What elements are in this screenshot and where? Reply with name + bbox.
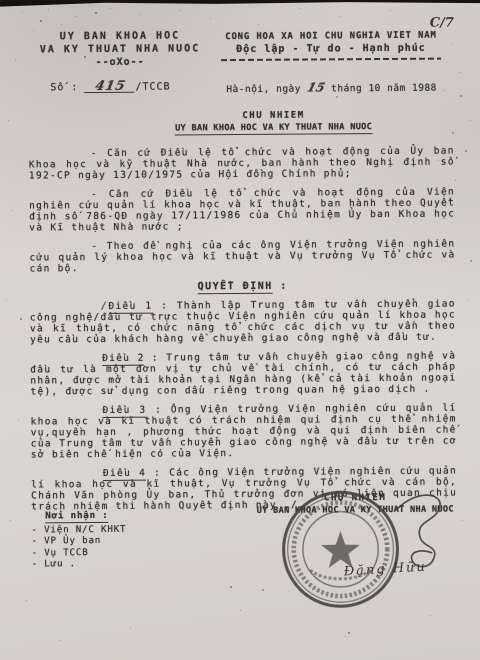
article-paragraph-2: Điều 2 : Trung tâm tư vấn chuyển giao cô… [30,350,456,397]
place-date-line: Hà-nội, ngày 15 tháng 10 năm 1988 [226,83,437,95]
star-icon [321,531,360,568]
article-paragraph-3: Điều 3 : Ông Viện trưởng Viện nghiên cứu… [31,402,457,460]
issuing-org-block: UY BAN KHOA HOC VA KY THUAT NHA NUOC --o… [24,29,216,69]
recipients-heading: Nơi nhận : [45,510,126,522]
motto-dashed-divider [221,58,441,62]
corner-handwritten-mark: C/7 [430,15,454,30]
document-title: CHU NHIEM UY BAN KHOA HOC VA KY THUAT NH… [108,110,438,136]
preamble-paragraph: - Theo đề nghị của các ông Viện trưởng V… [29,238,455,274]
org-name-line2: VA KY THUAT NHA NUOC [24,42,216,56]
date-handwritten-day: 15 [306,83,326,92]
doc-number-handwritten-value: 415 [84,81,136,93]
preamble-paragraph: - Căn cứ Điều lệ tổ chức và hoạt động củ… [29,145,455,181]
date-suffix: tháng 10 năm 1988 [331,83,437,95]
document-number-line: Số : 415/TCCB [50,80,170,93]
doc-number-suffix: /TCCB [135,81,170,92]
org-divider-ornament: --oXo-- [24,55,216,69]
preamble-paragraph: - Căn cứ Điều lệ tổ chức và hoạt động củ… [29,186,455,233]
scanned-document-page: UY BAN KHOA HOC VA KY THUAT NHA NUOC --o… [0,0,480,660]
org-name-line1: UY BAN KHOA HOC [24,29,216,43]
decision-heading: QUYẾT ĐỊNH : [30,279,456,293]
recipient-item: - Lưu . [32,558,127,570]
recipients-block: Nơi nhận : - Viện N/C KHKT - VP Ủy ban -… [31,510,126,570]
republic-motto-block: CONG HOA XA HOI CHU NGHIA VIET NAM Độc l… [198,29,464,61]
recipient-item: - VP Ủy ban [31,535,126,547]
recipient-item: - Vụ TCCB [32,546,127,558]
republic-motto: Độc lập - Tự do - Hạnh phúc [198,41,464,56]
document-body: - Căn cứ Điều lệ tổ chức và hoạt động củ… [29,145,458,520]
doc-number-label: Số : [50,82,78,93]
recipient-item: - Viện N/C KHKT [31,523,126,535]
title-org-underlined: UY BAN KHOA HOC VA KY THUAT NHA NUOC [109,121,439,136]
date-prefix: Hà-nội, ngày [226,84,301,96]
document-content: UY BAN KHOA HOC VA KY THUAT NHA NUOC --o… [0,0,480,660]
handwritten-insert-mark: ∕ [102,301,107,312]
article-paragraph-1: ∕Điều 1 : Thành lập Trung tâm tư vấn chu… [30,298,456,345]
